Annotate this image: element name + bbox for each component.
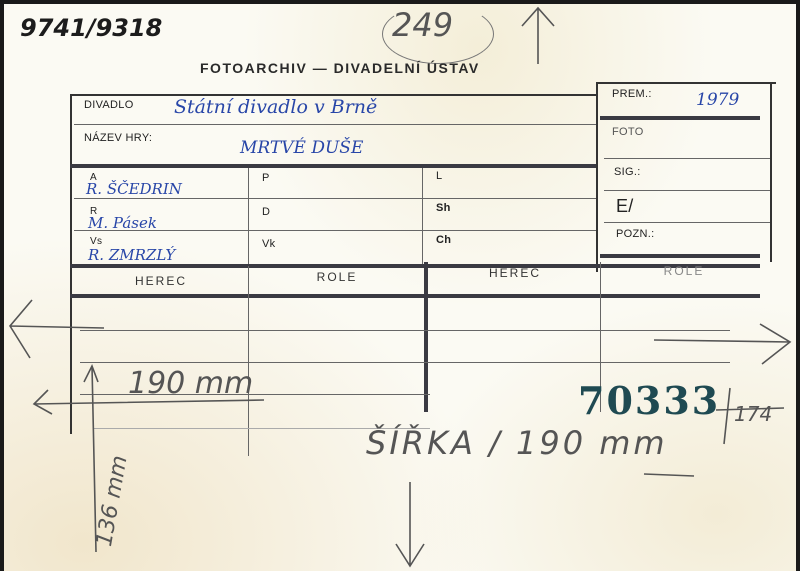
measure-arrow-icon [34,390,264,414]
arrow-left-icon [10,300,104,358]
photo-archive-card: 9741/9318 249 FOTOARCHIV — DIVADELNÍ ÚST… [4,4,796,571]
pencil-arrows [4,4,796,571]
arrow-down-icon [396,482,424,566]
arrow-right-icon [654,324,790,364]
arrow-up-icon [522,8,554,64]
measure-arrow-vertical-icon [84,366,98,552]
